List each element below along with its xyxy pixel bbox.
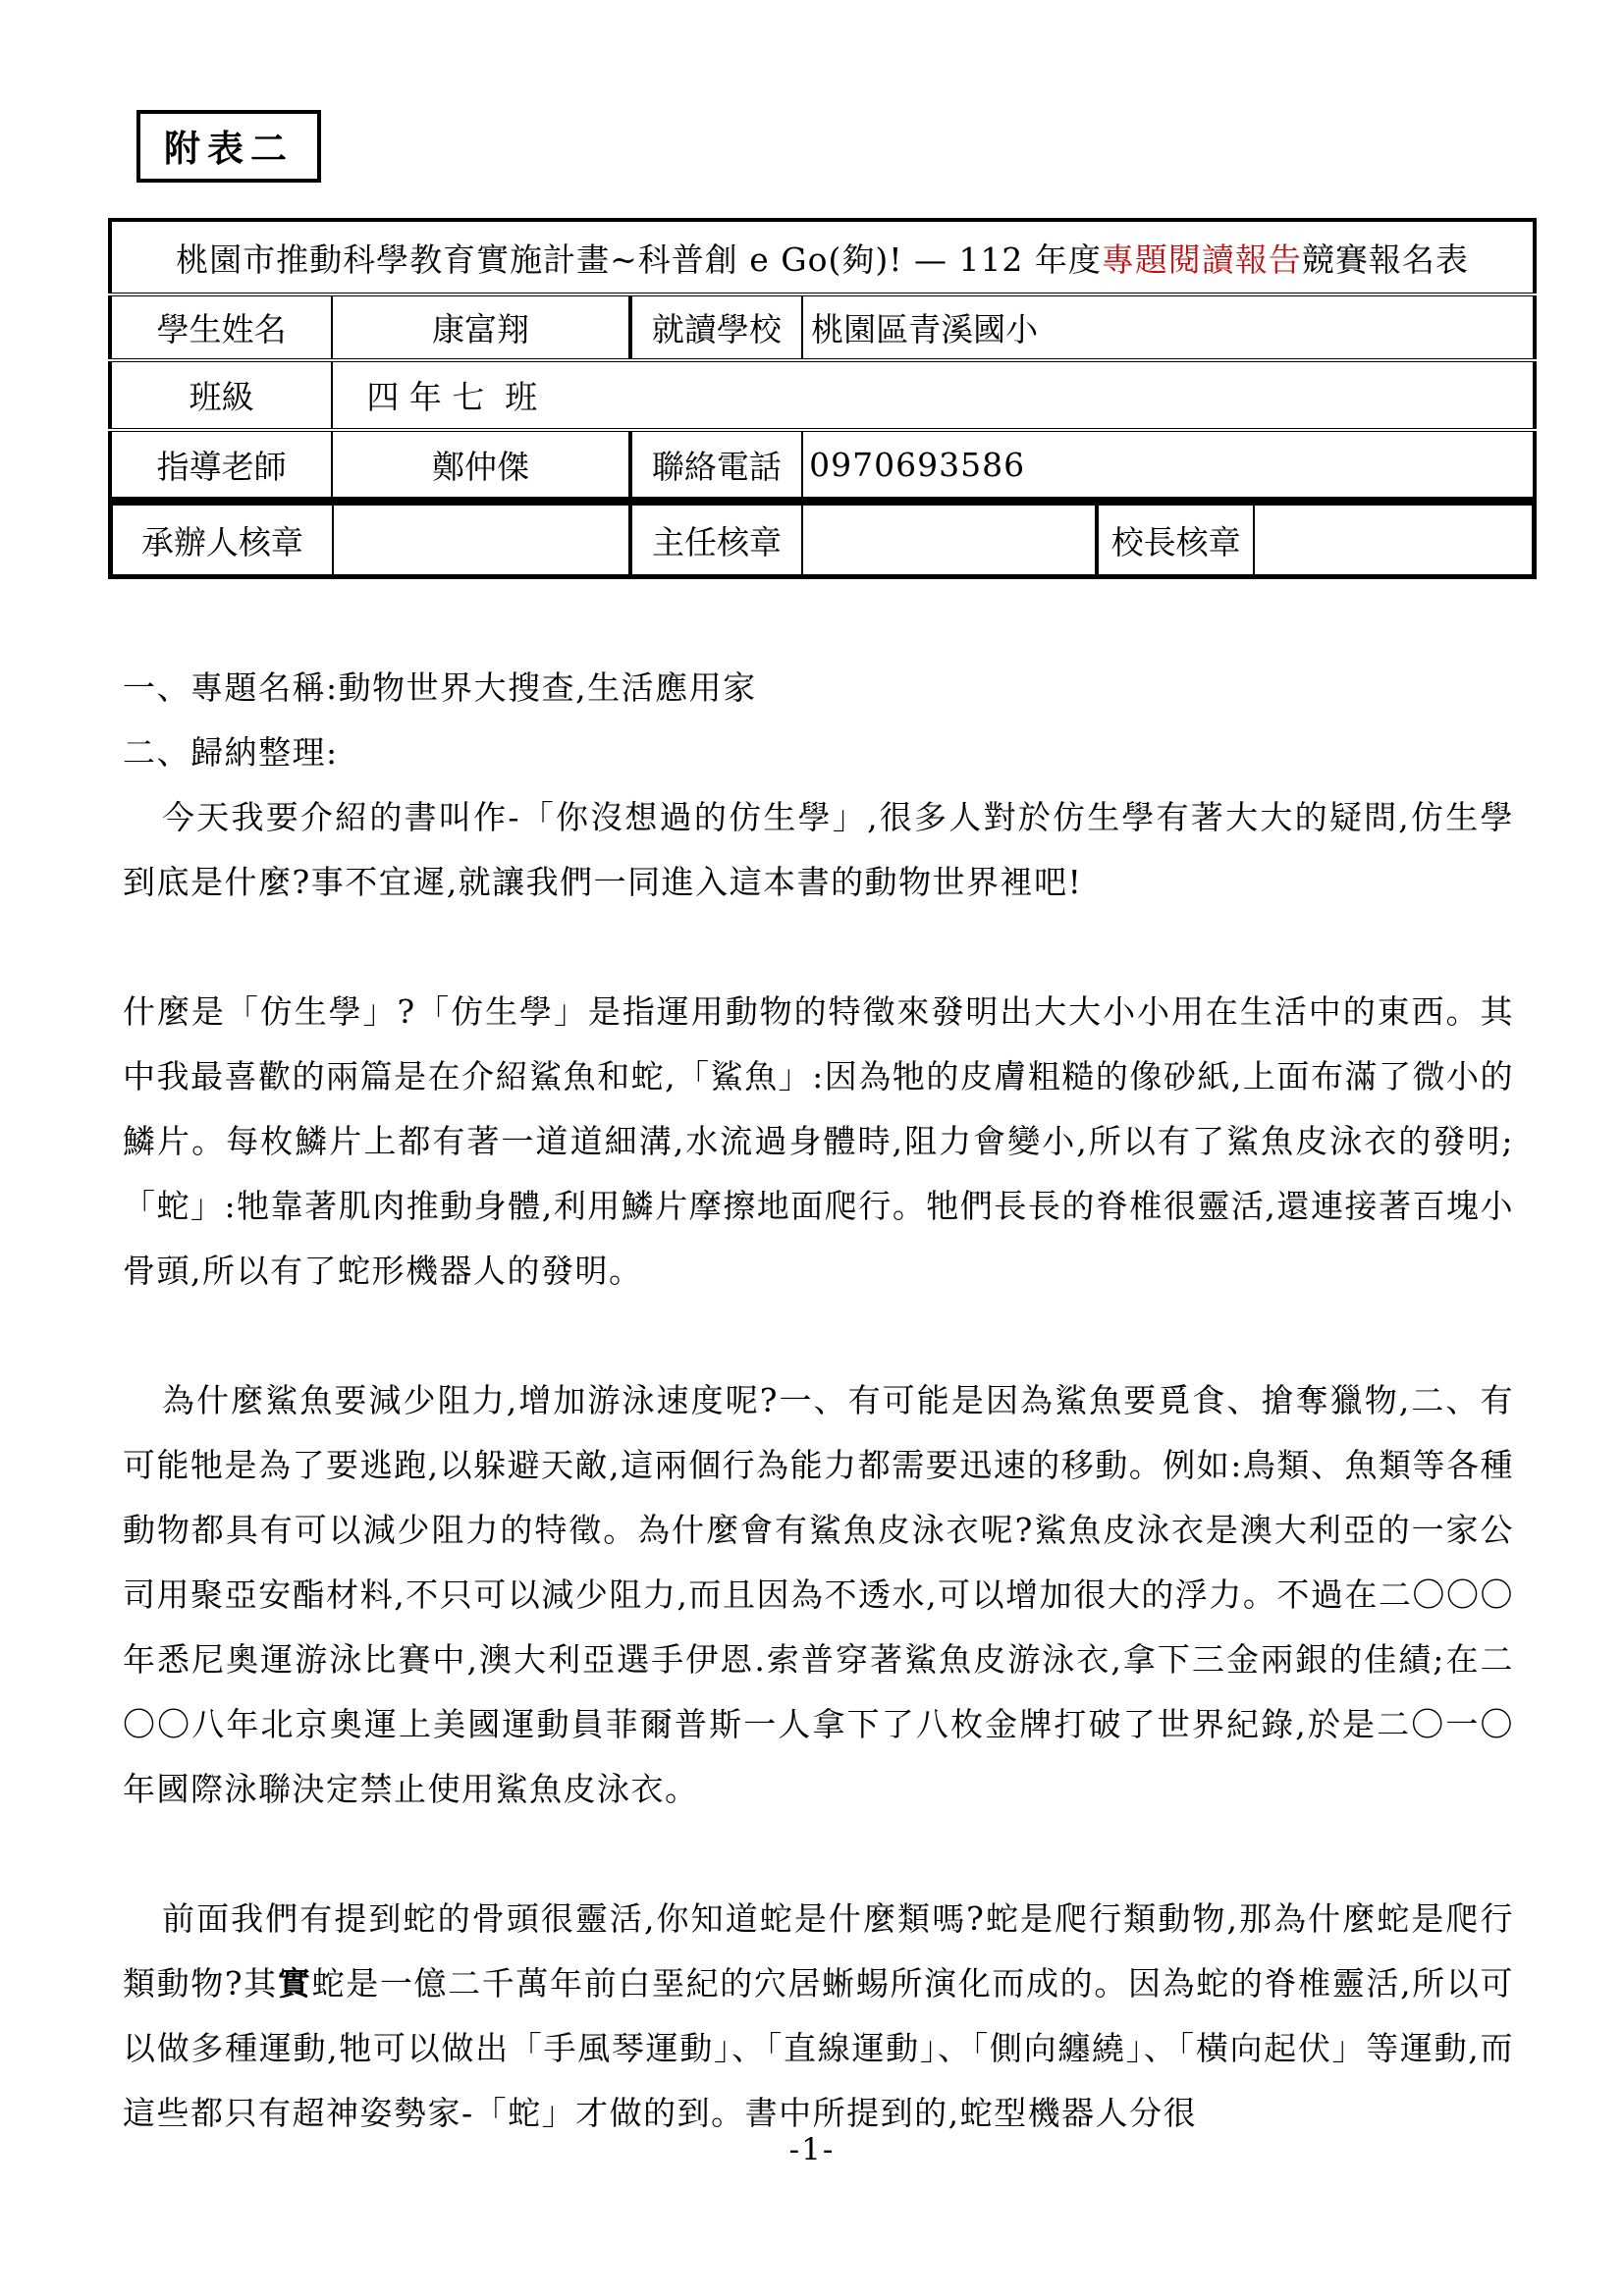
form-title-row: 桃園市推動科學教育實施計畫~科普創 e Go(夠)! — 112 年度專題閱讀報… — [110, 220, 1535, 294]
class-label: 班級 — [110, 360, 332, 430]
handler-stamp-label: 承辦人核章 — [111, 504, 333, 577]
section-summary-heading: 二、歸納整理: — [123, 721, 1514, 785]
phone-value: 0970693586 — [802, 430, 1535, 499]
paragraph-intro: 今天我要介紹的書叫作-「你沒想過的仿生學」,很多人對於仿生學有著大大的疑問,仿生… — [123, 785, 1514, 915]
student-name-label: 學生姓名 — [110, 294, 332, 360]
principal-stamp-area — [1254, 504, 1535, 577]
form-title-post: 競賽報名表 — [1302, 240, 1469, 279]
student-name-value: 康富翔 — [332, 294, 629, 360]
appendix-tag-box: 附表二 — [136, 110, 321, 183]
class-row: 班級 四 年 七 班 — [110, 360, 1535, 430]
stamp-row: 承辦人核章 主任核章 校長核章 — [111, 504, 1535, 577]
section-topic-title: 一、專題名稱:動物世界大搜查,生活應用家 — [123, 656, 1514, 721]
paragraph-snake: 前面我們有提到蛇的骨頭很靈活,你知道蛇是什麼類嗎?蛇是爬行類動物,那為什麼蛇是爬… — [123, 1887, 1514, 2146]
school-value: 桃園區青溪國小 — [802, 294, 1535, 360]
advisor-value: 鄭仲傑 — [332, 430, 629, 499]
paragraph-shark: 為什麼鯊魚要減少阻力,增加游泳速度呢?一、有可能是因為鯊魚要覓食、搶奪獵物,二、… — [123, 1368, 1514, 1822]
appendix-tag-label: 附表二 — [164, 127, 294, 170]
report-body: 一、專題名稱:動物世界大搜查,生活應用家 二、歸納整理: 今天我要介紹的書叫作-… — [123, 656, 1514, 2146]
principal-stamp-label: 校長核章 — [1097, 504, 1254, 577]
paragraph-snake-bold-char: 實 — [278, 1964, 312, 2002]
phone-label: 聯絡電話 — [630, 430, 803, 499]
document-page: 附表二 桃園市推動科學教育實施計畫~科普創 e Go(夠)! — 112 年度專… — [0, 0, 1624, 2296]
page-number: -1- — [0, 2132, 1624, 2167]
advisor-label: 指導老師 — [110, 430, 332, 499]
paragraph-snake-post: 蛇是一億二千萬年前白堊紀的穴居蜥蜴所演化而成的。因為蛇的脊椎靈活,所以可以做多種… — [123, 1964, 1514, 2132]
stamp-table: 承辦人核章 主任核章 校長核章 — [108, 501, 1537, 579]
paragraph-biomimicry: 什麼是「仿生學」?「仿生學」是指運用動物的特徵來發明出大大小小用在生活中的東西。… — [123, 980, 1514, 1304]
school-label: 就讀學校 — [630, 294, 803, 360]
registration-table: 桃園市推動科學教育實施計畫~科普創 e Go(夠)! — 112 年度專題閱讀報… — [108, 218, 1537, 501]
advisor-row: 指導老師 鄭仲傑 聯絡電話 0970693586 — [110, 430, 1535, 499]
form-title-pre: 桃園市推動科學教育實施計畫~科普創 e Go(夠)! — 112 年度 — [176, 240, 1102, 279]
handler-stamp-area — [333, 504, 630, 577]
form-title: 桃園市推動科學教育實施計畫~科普創 e Go(夠)! — 112 年度專題閱讀報… — [110, 220, 1535, 294]
student-row: 學生姓名 康富翔 就讀學校 桃園區青溪國小 — [110, 294, 1535, 360]
form-title-highlight: 專題閱讀報告 — [1102, 240, 1302, 279]
director-stamp-area — [802, 504, 1097, 577]
registration-form: 桃園市推動科學教育實施計畫~科普創 e Go(夠)! — 112 年度專題閱讀報… — [108, 218, 1537, 579]
class-value: 四 年 七 班 — [332, 360, 1535, 430]
director-stamp-label: 主任核章 — [630, 504, 802, 577]
